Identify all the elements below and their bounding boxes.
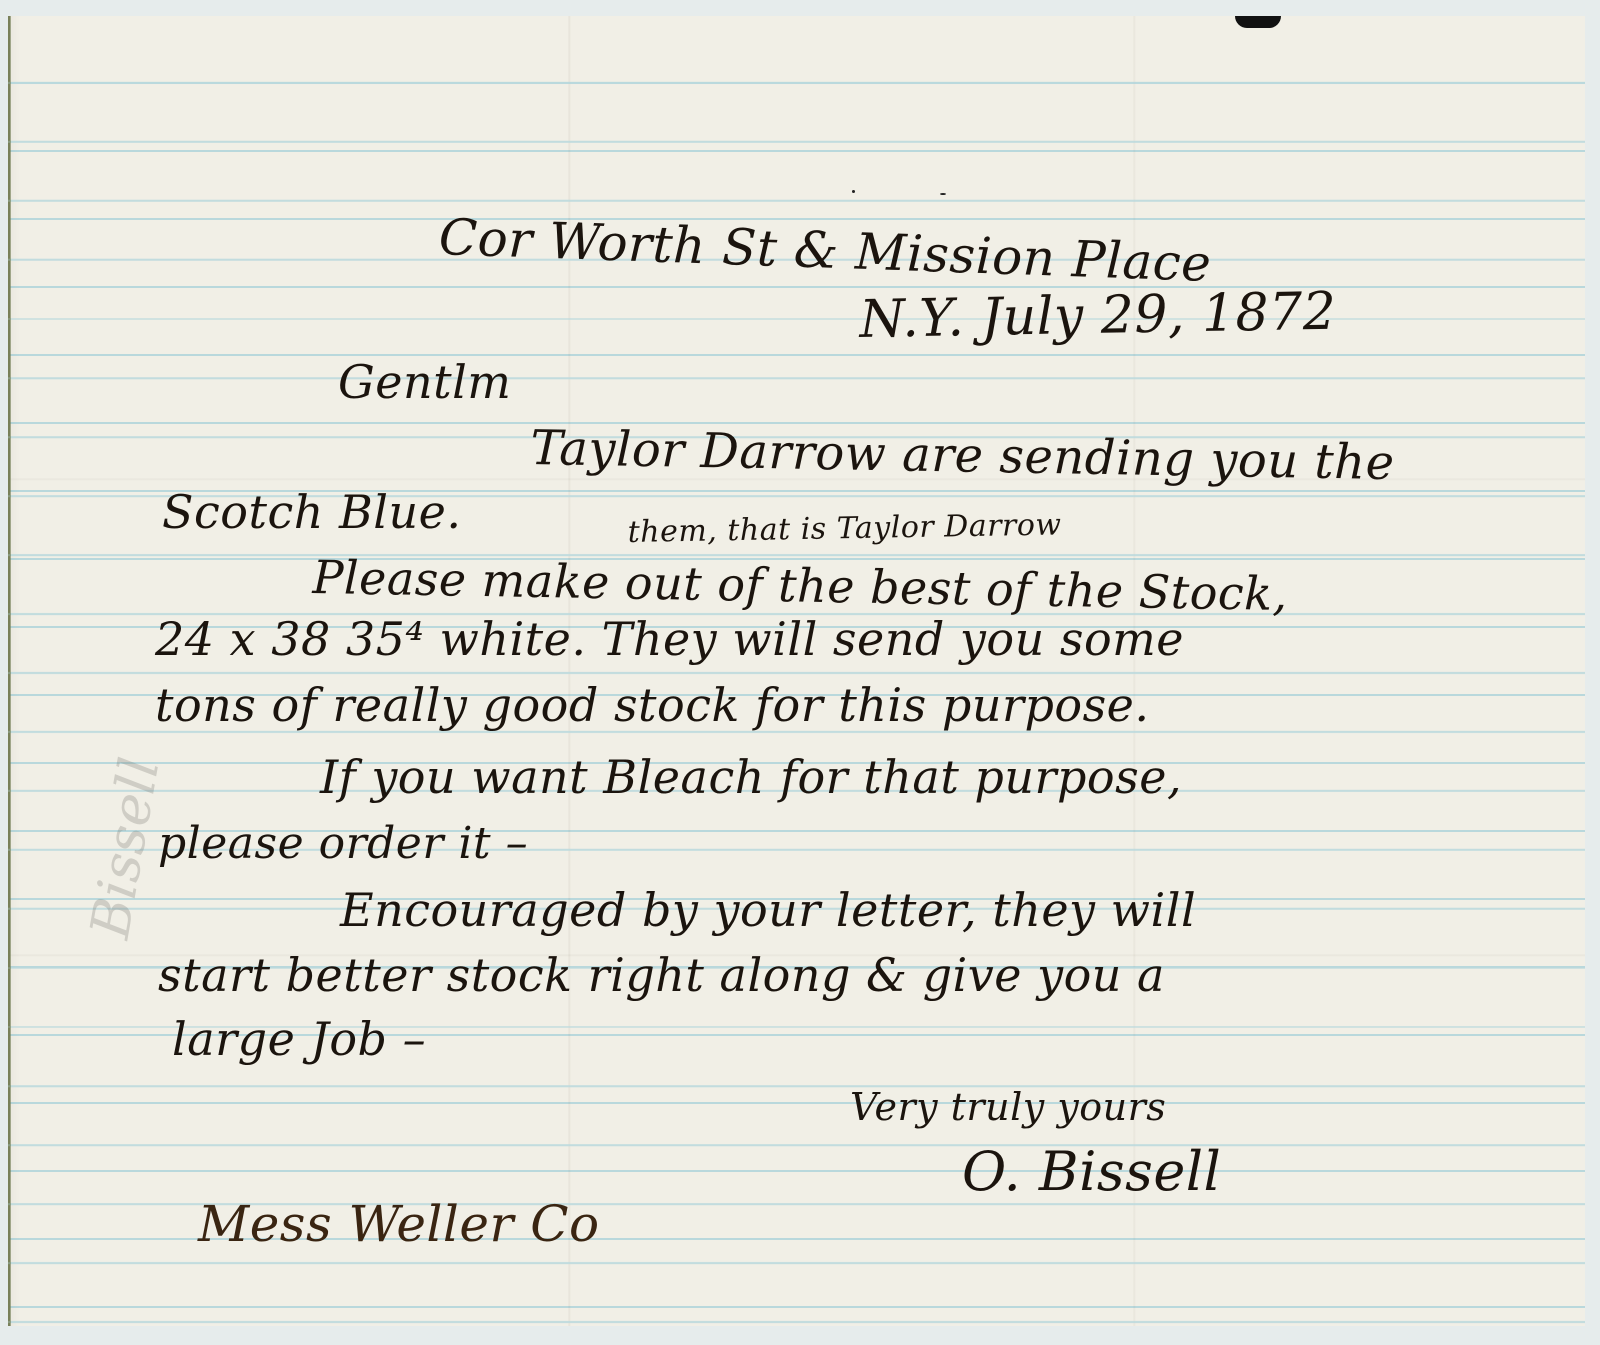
paper-left-edge (8, 16, 11, 1326)
signature: O. Bissell (962, 1140, 1221, 1203)
salutation: Gentlm (338, 355, 511, 409)
body-line-10: large Job – (172, 1012, 426, 1066)
ink-dot (852, 190, 855, 193)
body-line-8: Encouraged by your letter, they will (340, 883, 1196, 937)
ink-dot (940, 193, 946, 195)
body-line-9: start better stock right along & give yo… (158, 948, 1165, 1002)
addressee: Mess Weller Co (198, 1195, 600, 1253)
ruled-lines (8, 16, 1585, 1326)
letter-date: N.Y. July 29, 1872 (859, 282, 1337, 350)
body-line-4: 24 x 38 35⁴ white. They will send you so… (155, 612, 1184, 666)
body-line-6: If you want Bleach for that purpose, (320, 750, 1182, 804)
letter-paper (8, 16, 1585, 1326)
body-line-2: Scotch Blue. (162, 485, 461, 539)
clip-mark (1235, 16, 1281, 28)
body-line-7: please order it – (158, 818, 528, 869)
body-line-5: tons of really good stock for this purpo… (155, 678, 1150, 732)
valediction: Very truly yours (850, 1085, 1166, 1129)
